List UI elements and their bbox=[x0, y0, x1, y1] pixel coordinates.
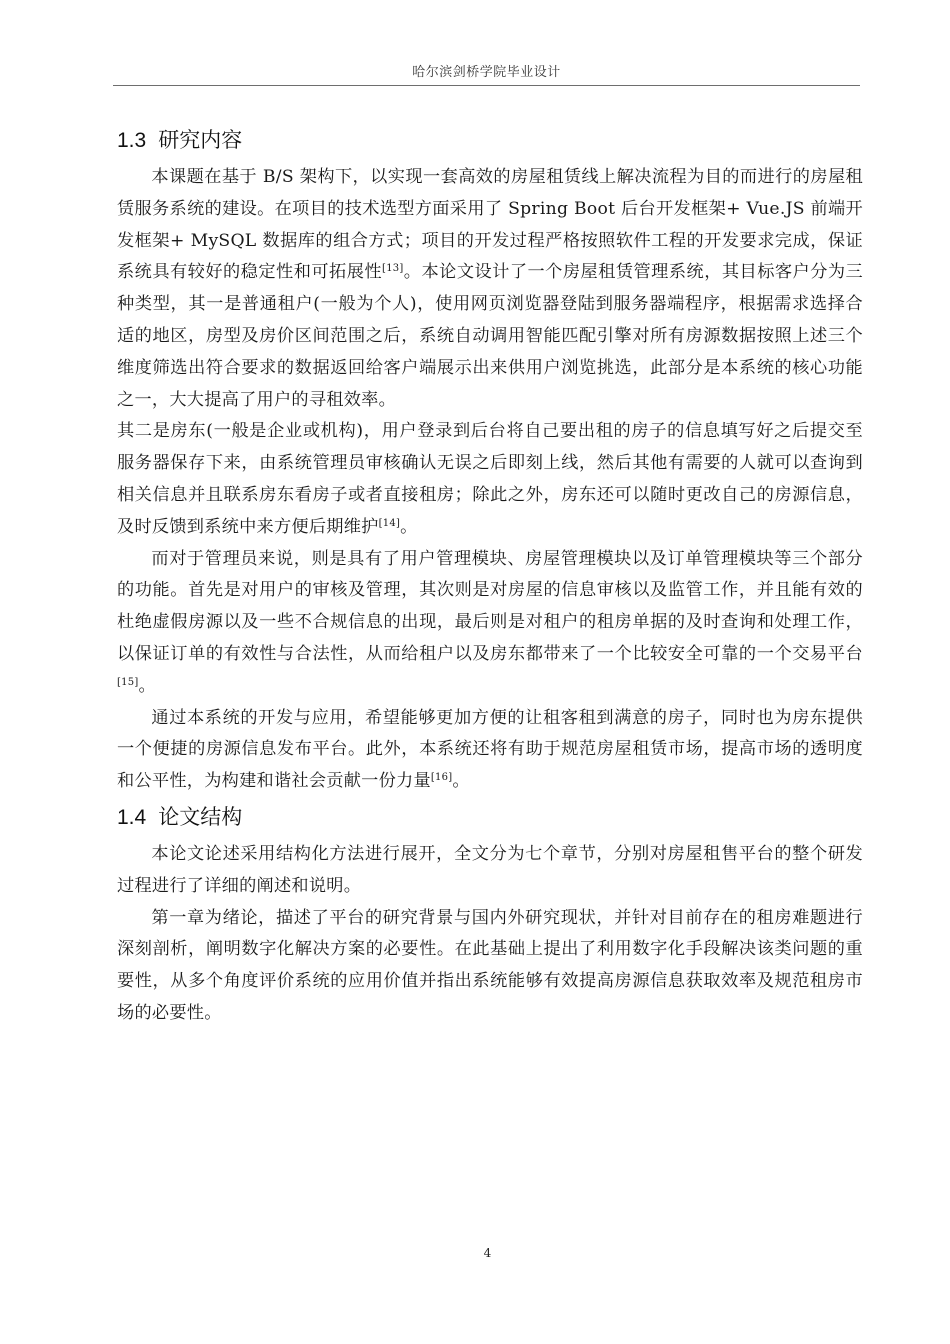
section-number: 1.4 bbox=[117, 806, 146, 829]
citation: [14] bbox=[379, 518, 401, 529]
paragraph: 本论文论述采用结构化方法进行展开，全文分为七个章节，分别对房屋租售平台的整个研发… bbox=[117, 839, 863, 903]
section-title: 论文结构 bbox=[158, 805, 242, 829]
paragraph-text: 。 bbox=[139, 676, 156, 696]
page-body: 1.3研究内容 本课题在基于 B/S 架构下，以实现一套高效的房屋租赁线上解决流… bbox=[117, 123, 863, 1030]
section-heading-1-4: 1.4论文结构 bbox=[117, 800, 863, 835]
paragraph-text: 通过本系统的开发与应用，希望能够更加方便的让租客租到满意的房子，同时也为房东提供… bbox=[117, 708, 863, 792]
citation: [15] bbox=[117, 677, 139, 688]
paragraph: 而对于管理员来说，则是具有了用户管理模块、房屋管理模块以及订单管理模块等三个部分… bbox=[117, 544, 863, 703]
paragraph: 本课题在基于 B/S 架构下，以实现一套高效的房屋租赁线上解决流程为目的而进行的… bbox=[117, 162, 863, 416]
section-heading-1-3: 1.3研究内容 bbox=[117, 123, 863, 158]
paragraph: 通过本系统的开发与应用，希望能够更加方便的让租客租到满意的房子，同时也为房东提供… bbox=[117, 703, 863, 798]
paragraph-text: 。 bbox=[400, 517, 417, 537]
section-number: 1.3 bbox=[117, 129, 146, 152]
paragraph-text: 。 bbox=[452, 771, 469, 791]
paragraph-text: 其二是房东(一般是企业或机构)，用户登录到后台将自己要出租的房子的信息填写好之后… bbox=[117, 421, 863, 536]
section-title: 研究内容 bbox=[158, 128, 242, 152]
header-rule bbox=[113, 85, 860, 86]
paragraph: 第一章为绪论，描述了平台的研究背景与国内外研究现状，并针对目前存在的租房难题进行… bbox=[117, 903, 863, 1030]
page-header-title: 哈尔滨剑桥学院毕业设计 bbox=[113, 64, 860, 82]
paragraph: 其二是房东(一般是企业或机构)，用户登录到后台将自己要出租的房子的信息填写好之后… bbox=[117, 416, 863, 543]
citation: [13] bbox=[382, 263, 404, 274]
page-number: 4 bbox=[0, 1246, 950, 1260]
citation: [16] bbox=[431, 772, 453, 783]
paragraph-text: 。本论文设计了一个房屋租赁管理系统，其目标客户分为三种类型，其一是普通租户(一般… bbox=[117, 262, 863, 409]
paragraph-text: 而对于管理员来说，则是具有了用户管理模块、房屋管理模块以及订单管理模块等三个部分… bbox=[117, 549, 863, 664]
